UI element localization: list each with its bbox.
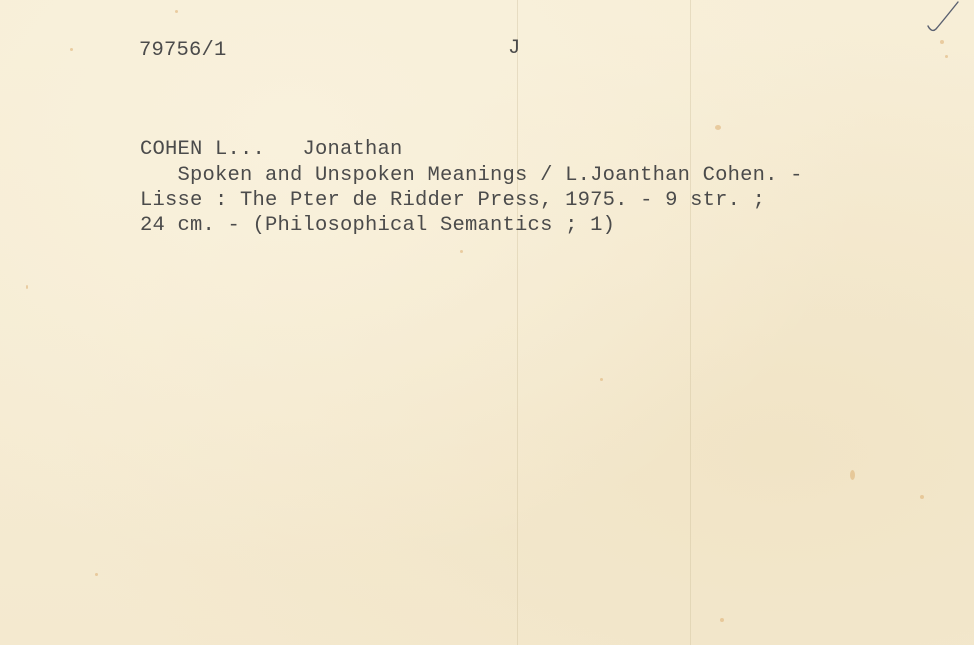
author-heading: COHEN L... Jonathan [140,140,403,161]
paper-speck [460,250,463,253]
series-line: 24 cm. - (Philosophical Semantics ; 1) [140,216,615,237]
paper-fold-line [517,0,518,645]
section-mark: J [508,39,521,60]
paper-speck [720,618,724,622]
paper-speck [600,378,603,381]
paper-speck [715,125,721,130]
accession-number: 79756/1 [139,41,227,62]
paper-speck [95,573,98,576]
paper-speck [945,55,948,58]
publication-line: Lisse : The Pter de Ridder Press, 1975. … [140,191,765,212]
paper-speck [850,470,855,480]
paper-speck [920,495,924,499]
paper-fold-line [690,0,691,645]
paper-speck [70,48,73,51]
title-line: Spoken and Unspoken Meanings / L.Joantha… [140,166,803,187]
paper-speck [26,285,28,289]
catalog-card: 79756/1 J COHEN L... Jonathan Spoken and… [0,0,974,645]
check-mark-icon [920,0,960,34]
paper-speck [175,10,178,13]
paper-speck [940,40,944,44]
